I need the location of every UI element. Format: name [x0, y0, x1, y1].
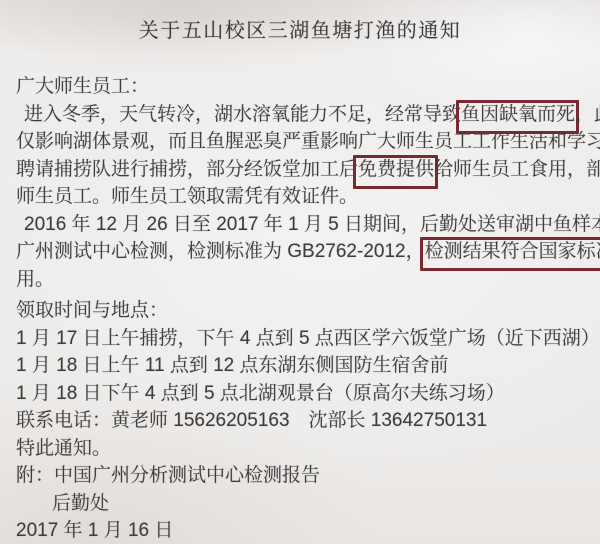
text-segment: 给师生员工食用，部分发放给 — [434, 159, 600, 180]
document-line: 1 月 18 日下午 4 点到 5 点北湖观景台（原高尔夫练习场） — [8, 380, 592, 408]
document-line: 2017 年 1 月 16 日 — [8, 517, 592, 544]
highlighted-phrase: 检测结果符合国家标准 — [425, 241, 600, 262]
text-segment: 1 月 18 日上午 11 点到 12 点东湖东侧国防生宿舍前 — [16, 355, 449, 376]
document-line: 仅影响湖体景观，而且鱼腥恶臭严重影响广大师生员工工作生活和学习。后勤处 — [8, 128, 592, 156]
text-segment: 仅影响湖体景观，而且鱼腥恶臭严重影响广大师生员工工作生活和学习。后勤处 — [16, 131, 600, 152]
text-segment: 1 月 17 日上午捕捞，下午 4 点到 5 点西区学六饭堂广场（近下西湖） — [16, 328, 600, 349]
text-segment: 1 月 18 日下午 4 点到 5 点北湖观景台（原高尔夫练习场） — [16, 383, 505, 404]
document-line: 师生员工。师生员工领取需凭有效证件。 — [8, 183, 592, 211]
document-line: 广州测试中心检测，检测标准为 GB2762-2012，检测结果符合国家标准，可食 — [8, 238, 592, 266]
text-segment: 聘请捕捞队进行捕捞，部分经饭堂加工后 — [16, 159, 358, 180]
text-segment: 附：中国广州分析测试中心检测报告 — [16, 465, 320, 486]
document-line: 广大师生员工： — [8, 73, 592, 101]
document-line: 1 月 17 日上午捕捞，下午 4 点到 5 点西区学六饭堂广场（近下西湖） — [8, 325, 592, 353]
text-segment: 联系电话：黄老师 15626205163 沈部长 13642750131 — [16, 410, 487, 431]
text-segment: 师生员工。师生员工领取需凭有效证件。 — [16, 186, 358, 207]
text-segment: 领取时间与地点： — [16, 300, 168, 321]
highlighted-phrase: 鱼因缺氧而死 — [461, 104, 575, 125]
text-segment: 广州测试中心检测，检测标准为 GB2762-2012， — [16, 241, 425, 262]
document-line: 2016 年 12 月 26 日至 2017 年 1 月 5 日期间，后勤处送审… — [8, 211, 592, 239]
highlighted-phrase: 免费提供 — [358, 159, 434, 180]
document-line: 领取时间与地点： — [8, 297, 592, 325]
document-line: 附：中国广州分析测试中心检测报告 — [8, 462, 592, 490]
text-segment: 后勤处 — [52, 493, 109, 514]
document-line: 聘请捕捞队进行捕捞，部分经饭堂加工后免费提供给师生员工食用，部分发放给 — [8, 156, 592, 184]
document-line: 1 月 18 日上午 11 点到 12 点东湖东侧国防生宿舍前 — [8, 352, 592, 380]
text-segment: 2017 年 1 月 16 日 — [16, 520, 173, 541]
document-line: 后勤处 — [8, 490, 592, 518]
text-segment: 2016 年 12 月 26 日至 2017 年 1 月 5 日期间，后勤处送审… — [24, 214, 600, 235]
document-line: 联系电话：黄老师 15626205163 沈部长 13642750131 — [8, 407, 592, 435]
notice-document: 关于五山校区三湖鱼塘打渔的通知 广大师生员工：进入冬季，天气转冷，湖水溶氧能力不… — [0, 0, 600, 544]
document-line: 进入冬季，天气转冷，湖水溶氧能力不足，经常导致鱼因缺氧而死，此现象不 — [8, 101, 592, 129]
document-line: 用。 — [8, 266, 592, 294]
document-line: 特此通知。 — [8, 435, 592, 463]
text-segment: 进入冬季，天气转冷，湖水溶氧能力不足，经常导致 — [24, 104, 461, 125]
text-segment: 广大师生员工： — [16, 76, 149, 97]
text-segment: 特此通知。 — [16, 438, 111, 459]
notice-title: 关于五山校区三湖鱼塘打渔的通知 — [8, 14, 592, 43]
document-body: 广大师生员工：进入冬季，天气转冷，湖水溶氧能力不足，经常导致鱼因缺氧而死，此现象… — [8, 73, 592, 544]
text-segment: ，此现象不 — [575, 104, 600, 125]
text-segment: 用。 — [16, 269, 54, 290]
